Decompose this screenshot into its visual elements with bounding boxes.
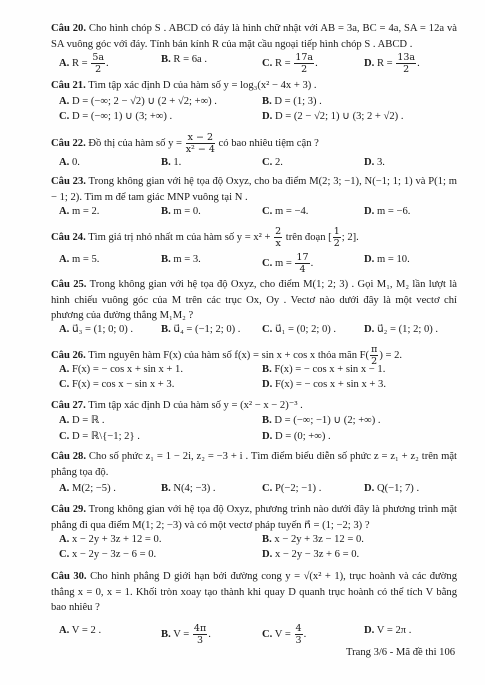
options-30: A. V = 2 . B. V = 4π3. C. V = 43. D. V =…	[59, 623, 459, 639]
options-25: A. u⃗₃ = (1; 0; 0) . B. u⃗₄ = (−1; 2; 0)…	[59, 322, 459, 338]
options-27-row2: C. D = ℝ\{−1; 2} . D. D = (0; +∞) .	[59, 429, 459, 445]
question-text: Trong không gian với hệ tọa độ Oxyz, cho…	[51, 279, 457, 321]
option-c: C. D = ℝ\{−1; 2} .	[59, 429, 140, 445]
question-number: Câu 26.	[51, 350, 86, 361]
option-a: A. F(x) = − cos x + sin x + 1.	[59, 362, 183, 378]
question-30: Câu 30. Cho hình phẳng D giới hạn bởi đư…	[51, 569, 457, 616]
page-footer: Trang 3/6 - Mã đề thi 106	[346, 647, 455, 658]
question-text: Cho số phức z₁ = 1 − 2i, z₂ = −3 + i . T…	[51, 451, 457, 478]
option-c: C. x − 2y − 3z − 6 = 0.	[59, 547, 156, 563]
options-27-row1: A. D = ℝ . B. D = (−∞; −1) ∪ (2; +∞) .	[59, 413, 459, 429]
question-number: Câu 24.	[51, 232, 86, 243]
option-d: D. 3.	[364, 155, 385, 171]
option-d: D. R = 13a2.	[364, 52, 420, 75]
question-text: Cho hình chóp S . ABCD có đáy là hình ch…	[51, 23, 457, 50]
options-29-row1: A. x − 2y + 3z + 12 = 0. B. x − 2y + 3z …	[59, 532, 459, 548]
question-29: Câu 29. Trong không gian với hệ tọa độ O…	[51, 502, 457, 533]
option-d: D. Q(−1; 7) .	[364, 481, 419, 497]
question-22: Câu 22. Đồ thị của hàm số y = x − 2x² − …	[51, 132, 457, 155]
option-c: C. R = 17a2.	[262, 52, 318, 75]
option-b: B. D = (−∞; −1) ∪ (2; +∞) .	[262, 413, 381, 429]
option-a: A. M(2; −5) .	[59, 481, 116, 497]
options-21-row2: C. D = (−∞; 1) ∪ (3; +∞) . D. D = (2 − √…	[59, 109, 459, 125]
options-24: A. m = 5. B. m = 3. C. m = 174. D. m = 1…	[59, 252, 459, 268]
option-c: C. V = 43.	[262, 623, 306, 646]
question-text: Trong không gian với hệ tọa độ Oxyz, cho…	[51, 176, 457, 203]
option-d: D. m = 10.	[364, 252, 410, 268]
option-a: A. x − 2y + 3z + 12 = 0.	[59, 532, 161, 548]
option-a: A. D = (−∞; 2 − √2) ∪ (2 + √2; +∞) .	[59, 94, 217, 110]
question-number: Câu 22.	[51, 138, 86, 149]
option-b: B. F(x) = − cos x + sin x − 1.	[262, 362, 385, 378]
option-a: A. 0.	[59, 155, 80, 171]
question-number: Câu 27.	[51, 400, 86, 411]
question-number: Câu 21.	[51, 80, 86, 91]
option-b: B. m = 3.	[161, 252, 201, 268]
option-a: A. u⃗₃ = (1; 0; 0) .	[59, 322, 133, 338]
option-a: A. m = 5.	[59, 252, 99, 268]
option-b: B. D = (1; 3) .	[262, 94, 322, 110]
question-number: Câu 30.	[51, 571, 87, 582]
option-d: D. F(x) = − cos x + sin x + 3.	[262, 377, 386, 393]
exam-page: Câu 20. Cho hình chóp S . ABCD có đáy là…	[0, 0, 485, 685]
option-b: B. R = 6a .	[161, 52, 207, 68]
option-b: B. N(4; −3) .	[161, 481, 216, 497]
question-25: Câu 25. Trong không gian với hệ tọa độ O…	[51, 277, 457, 324]
option-a: A. m = 2.	[59, 204, 99, 220]
option-c: C. 2.	[262, 155, 283, 171]
question-number: Câu 20.	[51, 23, 86, 34]
option-d: D. x − 2y − 3z + 6 = 0.	[262, 547, 359, 563]
option-d: D. D = (0; +∞) .	[262, 429, 331, 445]
question-text: Cho hình phẳng D giới hạn bởi đường cong…	[51, 571, 457, 613]
question-number: Câu 23.	[51, 176, 86, 187]
question-21: Câu 21. Tìm tập xác định D của hàm số y …	[51, 78, 457, 94]
question-28: Câu 28. Cho số phức z₁ = 1 − 2i, z₂ = −3…	[51, 449, 457, 480]
option-b: B. u⃗₄ = (−1; 2; 0) .	[161, 322, 240, 338]
options-22: A. 0. B. 1. C. 2. D. 3.	[59, 155, 459, 171]
option-d: D. u⃗₂ = (1; 2; 0) .	[364, 322, 438, 338]
option-d: D. V = 2π .	[364, 623, 411, 639]
question-text: Tìm tập xác định D của hàm số y = log₃(x…	[86, 80, 317, 91]
option-c: C. P(−2; −1) .	[262, 481, 321, 497]
option-d: D. D = (2 − √2; 1) ∪ (3; 2 + √2) .	[262, 109, 404, 125]
option-c: C. u⃗₁ = (0; 2; 0) .	[262, 322, 336, 338]
options-23: A. m = 2. B. m = 0. C. m = −4. D. m = −6…	[59, 204, 459, 220]
question-23: Câu 23. Trong không gian với hệ tọa độ O…	[51, 174, 457, 205]
option-b: B. 1.	[161, 155, 181, 171]
option-d: D. m = −6.	[364, 204, 410, 220]
question-number: Câu 28.	[51, 451, 86, 462]
options-29-row2: C. x − 2y − 3z − 6 = 0. D. x − 2y − 3z +…	[59, 547, 459, 563]
options-28: A. M(2; −5) . B. N(4; −3) . C. P(−2; −1)…	[59, 481, 459, 497]
question-number: Câu 25.	[51, 279, 86, 290]
question-text: Trong không gian với hệ tọa độ Oxyz, phư…	[51, 504, 457, 531]
option-c: C. m = −4.	[262, 204, 308, 220]
question-20: Câu 20. Cho hình chóp S . ABCD có đáy là…	[51, 21, 457, 52]
question-number: Câu 29.	[51, 504, 86, 515]
option-b: B. x − 2y + 3z − 12 = 0.	[262, 532, 364, 548]
option-a: A. R = 5a2.	[59, 52, 109, 75]
option-a: A. V = 2 .	[59, 623, 101, 639]
option-b: B. V = 4π3.	[161, 623, 211, 646]
option-b: B. m = 0.	[161, 204, 201, 220]
option-a: A. D = ℝ .	[59, 413, 105, 429]
question-text: Tìm tập xác định D của hàm số y = (x² − …	[86, 400, 303, 411]
question-24: Câu 24. Tìm giá trị nhỏ nhất m của hàm s…	[51, 226, 457, 249]
options-26-row1: A. F(x) = − cos x + sin x + 1. B. F(x) =…	[59, 362, 459, 378]
options-21-row1: A. D = (−∞; 2 − √2) ∪ (2 + √2; +∞) . B. …	[59, 94, 459, 110]
options-26-row2: C. F(x) = cos x − sin x + 3. D. F(x) = −…	[59, 377, 459, 393]
options-20: A. R = 5a2. B. R = 6a . C. R = 17a2. D. …	[59, 52, 459, 68]
option-c: C. m = 174.	[262, 252, 313, 275]
option-c: C. D = (−∞; 1) ∪ (3; +∞) .	[59, 109, 172, 125]
option-c: C. F(x) = cos x − sin x + 3.	[59, 377, 174, 393]
question-27: Câu 27. Tìm tập xác định D của hàm số y …	[51, 398, 457, 414]
